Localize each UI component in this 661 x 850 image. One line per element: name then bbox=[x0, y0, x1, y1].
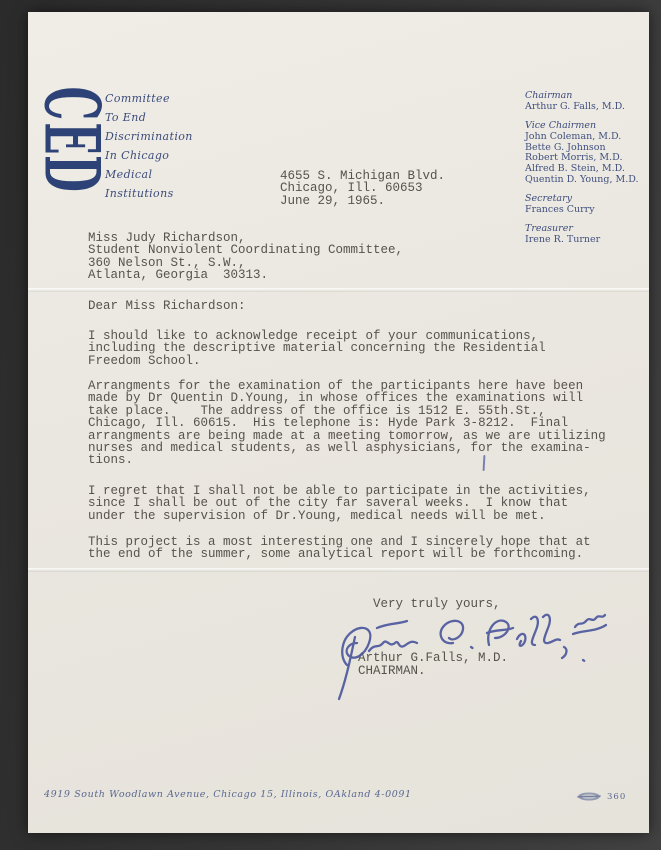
officer-title: Treasurer bbox=[525, 223, 645, 235]
dateline: 4655 S. Michigan Blvd. Chicago, Ill. 606… bbox=[280, 170, 445, 207]
org-name-line: Institutions bbox=[105, 184, 193, 203]
body-paragraph-1: I should like to acknowledge receipt of … bbox=[88, 330, 546, 367]
signature-arthur-g-falls bbox=[331, 603, 611, 708]
salutation: Dear Miss Richardson: bbox=[88, 300, 246, 312]
footer-address: 4919 South Woodlawn Avenue, Chicago 15, … bbox=[44, 789, 412, 800]
org-name-line: Committee bbox=[105, 89, 193, 108]
org-name-line: To End bbox=[105, 108, 193, 127]
ced-logo: C E D bbox=[42, 86, 102, 191]
org-name-line: Discrimination bbox=[105, 127, 193, 146]
body-paragraph-4: This project is a most interesting one a… bbox=[88, 536, 591, 561]
fold-crease-lower bbox=[28, 568, 649, 572]
officer-title: Secretary bbox=[525, 193, 645, 205]
organization-name: Committee To End Discrimination In Chica… bbox=[105, 89, 193, 203]
union-bug: 360 bbox=[576, 791, 626, 802]
signature-ink bbox=[331, 603, 611, 708]
org-name-line: In Chicago bbox=[105, 146, 193, 165]
officer-title: Vice Chairmen bbox=[525, 120, 645, 132]
officer-name: John Coleman, M.D. bbox=[525, 132, 645, 143]
pen-mark bbox=[483, 455, 486, 471]
union-bug-icon bbox=[576, 791, 602, 802]
logo-letter-d: D bbox=[55, 157, 90, 191]
logo-letter-e: E bbox=[55, 122, 90, 156]
officer-name: Irene R. Turner bbox=[525, 235, 645, 246]
recipient-address: Miss Judy Richardson, Student Nonviolent… bbox=[88, 232, 403, 282]
fold-crease-line bbox=[28, 288, 649, 292]
body-paragraph-2: Arrangments for the examination of the p… bbox=[88, 380, 606, 467]
fold-crease-upper bbox=[28, 288, 649, 292]
officer-group-vice-chairmen: Vice Chairmen John Coleman, M.D. Bette G… bbox=[525, 120, 645, 186]
letter-scan-background: { "letterhead": { "logo_letters": ["C", … bbox=[0, 0, 661, 850]
officer-name: Arthur G. Falls, M.D. bbox=[525, 102, 645, 113]
officers-panel: Chairman Arthur G. Falls, M.D. Vice Chai… bbox=[525, 90, 645, 252]
org-name-line: Medical bbox=[105, 165, 193, 184]
officer-group-treasurer: Treasurer Irene R. Turner bbox=[525, 223, 645, 246]
letter-paper: C E D Committee To End Discrimination In… bbox=[28, 12, 649, 833]
print-code: 360 bbox=[607, 792, 626, 802]
officer-name: Quentin D. Young, M.D. bbox=[525, 175, 645, 186]
logo-letter-c: C bbox=[55, 87, 90, 121]
fold-crease-line bbox=[28, 568, 649, 572]
body-paragraph-3: I regret that I shall not be able to par… bbox=[88, 485, 591, 522]
officer-name: Frances Curry bbox=[525, 205, 645, 216]
officer-group-chairman: Chairman Arthur G. Falls, M.D. bbox=[525, 90, 645, 113]
officer-group-secretary: Secretary Frances Curry bbox=[525, 193, 645, 216]
